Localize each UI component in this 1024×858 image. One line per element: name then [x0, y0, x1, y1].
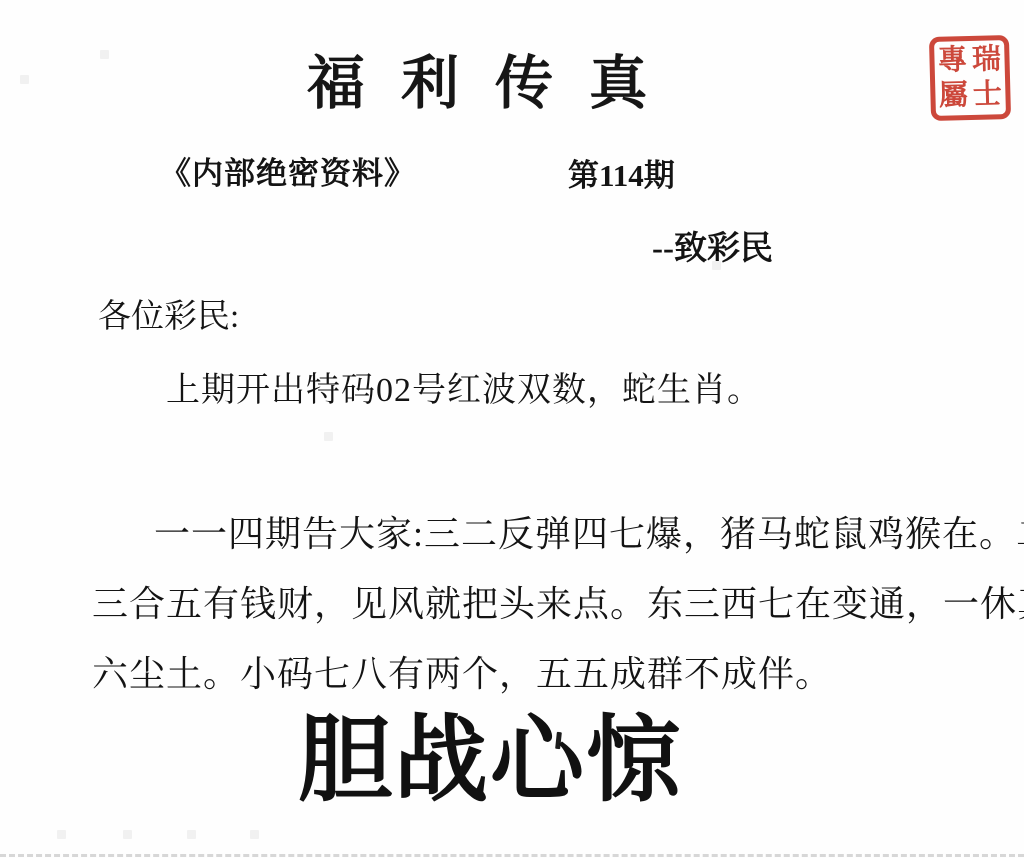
tip-paragraph-line-3: 六尘土。小码七八有两个，五五成群不成伴。: [92, 648, 1022, 718]
seal-char-bottom-right: 士: [973, 80, 1003, 110]
seal-char-top-left: 專: [938, 46, 968, 76]
seal-char-bottom-left: 屬: [939, 81, 969, 111]
tip-paragraph: 一一四期告大家:三二反弹四七爆，猪马蛇鼠鸡猴在。二 三合五有钱财，见风就把头来点…: [92, 508, 1022, 718]
seal-char-top-right: 瑞: [972, 45, 1002, 75]
fax-document-page: 福 利 传 真 專 瑞 屬 士 《内部绝密资料》 第114期 --致彩民 各位彩…: [0, 0, 1024, 858]
salutation-line: 各位彩民:: [98, 290, 239, 337]
scan-noise-speck: [187, 830, 196, 839]
issue-number: 第114期: [568, 150, 675, 195]
scan-noise-speck: [57, 830, 66, 839]
classified-material-label: 《内部绝密资料》: [160, 148, 416, 193]
scan-noise-speck: [250, 830, 259, 839]
headline-idiom: 胆战心惊: [298, 712, 682, 811]
tip-paragraph-line-1: 一一四期告大家:三二反弹四七爆，猪马蛇鼠鸡猴在。二: [92, 508, 1022, 578]
scan-noise-speck: [324, 432, 333, 441]
previous-draw-result-line: 上期开出特码02号红波双数，蛇生肖。: [166, 362, 762, 411]
page-title: 福 利 传 真: [0, 36, 964, 120]
scan-noise-speck: [100, 50, 109, 59]
scan-noise-speck: [712, 261, 721, 270]
red-stamp-seal: 專 瑞 屬 士: [929, 35, 1011, 121]
scan-noise-speck: [20, 75, 29, 84]
scan-artifact-dashed-line: [0, 854, 1024, 857]
scan-noise-speck: [123, 830, 132, 839]
tip-paragraph-line-2: 三合五有钱财，见风就把头来点。东三西七在变通，一休真转: [92, 578, 1022, 648]
